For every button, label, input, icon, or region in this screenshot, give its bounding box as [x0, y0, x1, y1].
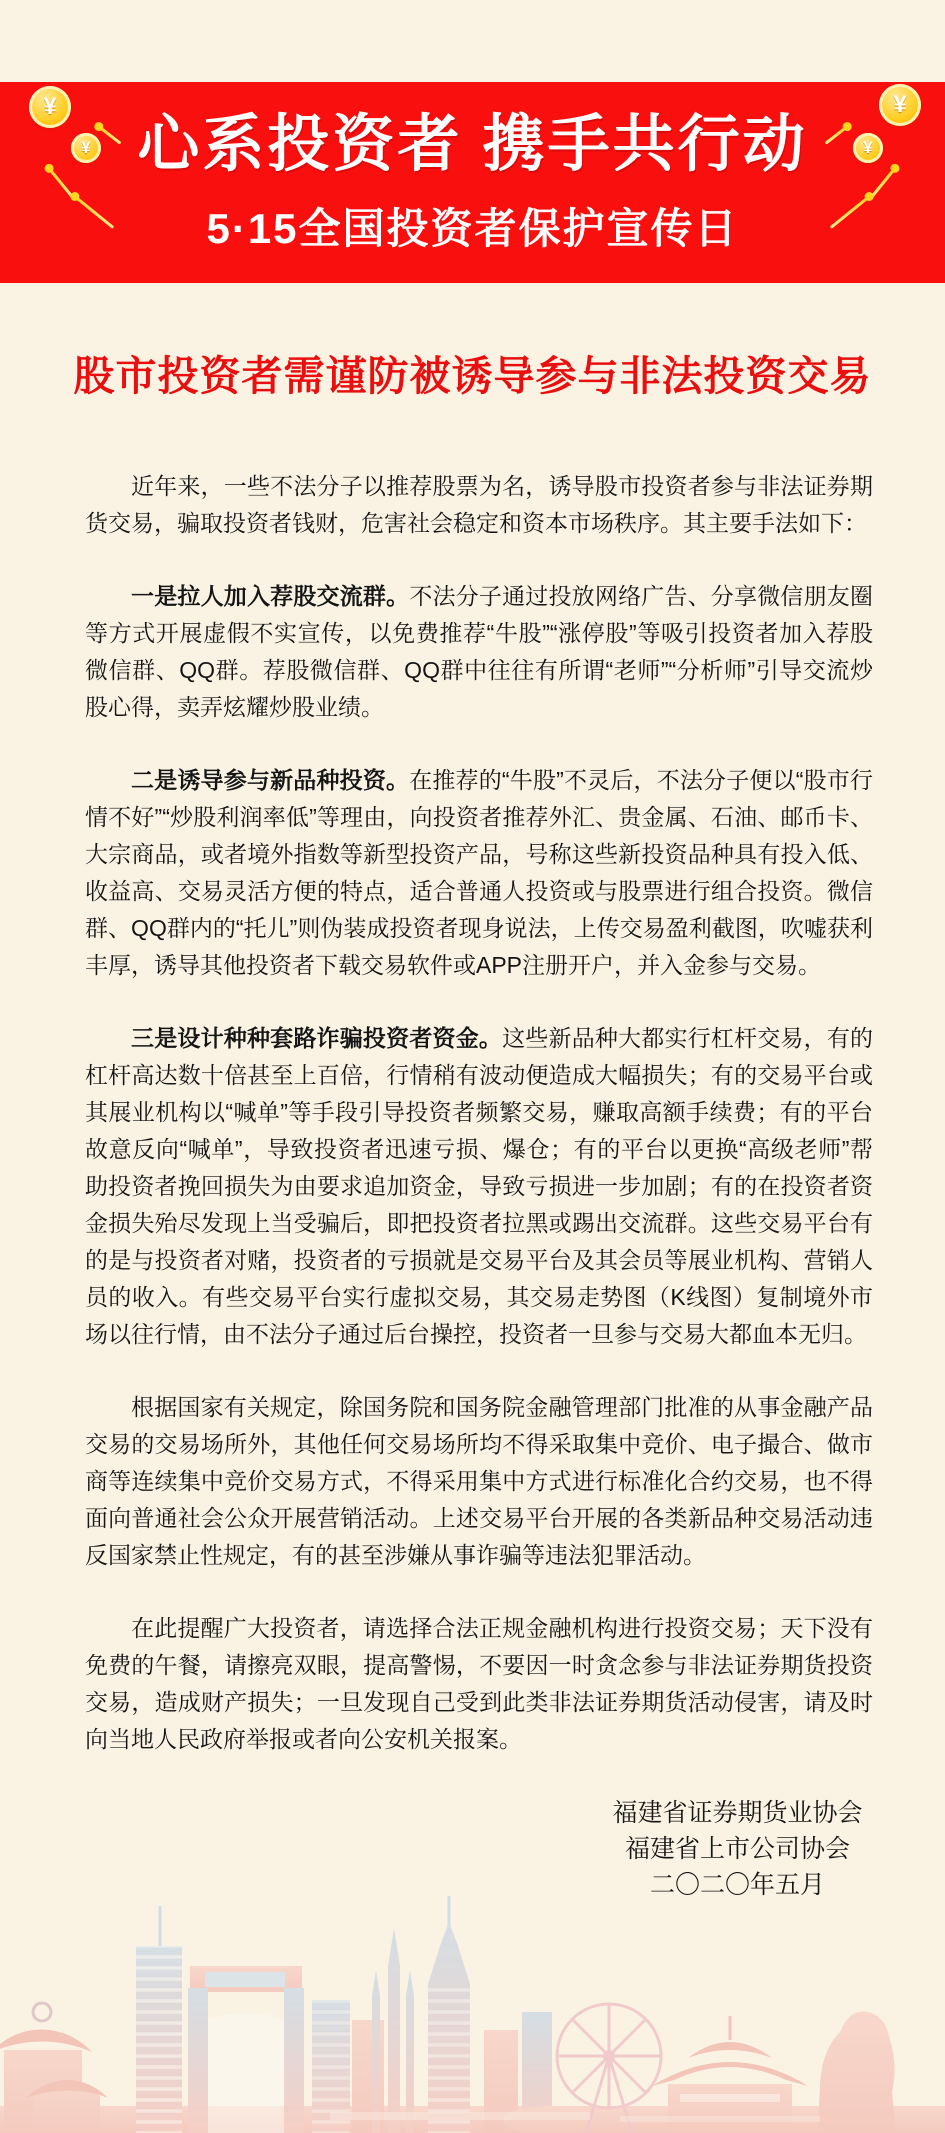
signature-block: 福建省证券期货业协会 福建省上市公司协会 二〇二〇年五月 — [565, 1795, 910, 1903]
body-paragraph: 一是拉人加入荐股交流群。不法分子通过投放网络广告、分享微信朋友圈等方式开展虚假不… — [85, 578, 873, 726]
signature-line-date: 二〇二〇年五月 — [565, 1867, 910, 1903]
paragraph-lead: 一是拉人加入荐股交流群。 — [131, 583, 409, 609]
banner: ¥ ¥ ¥ ¥ 心系投资者 携手共行动 5·15全国投资者保护宣传日 — [0, 82, 945, 283]
signature-line-association-1: 福建省证券期货业协会 — [565, 1795, 910, 1831]
paragraph-lead: 二是诱导参与新品种投资。 — [131, 767, 409, 793]
city-skyline-watermark — [0, 1888, 945, 2133]
signature-line-association-2: 福建省上市公司协会 — [565, 1831, 910, 1867]
paragraph-lead: 三是设计种种套路诈骗投资者资金。 — [131, 1025, 502, 1051]
body-paragraph: 二是诱导参与新品种投资。在推荐的“牛股”不灵后，不法分子便以“股市行情不好”“炒… — [85, 762, 873, 984]
body-paragraph: 根据国家有关规定，除国务院和国务院金融管理部门批准的从事金融产品交易的交易场所外… — [85, 1389, 873, 1574]
article-title: 股市投资者需谨防被诱导参与非法投资交易 — [0, 352, 945, 401]
banner-title: 心系投资者 携手共行动 — [0, 114, 945, 176]
body-paragraph: 三是设计种种套路诈骗投资者资金。这些新品种大都实行杠杆交易，有的杠杆高达数十倍甚… — [85, 1020, 873, 1353]
article-body: 近年来，一些不法分子以推荐股票为名，诱导股市投资者参与非法证券期货交易，骗取投资… — [85, 468, 873, 1794]
body-paragraph: 在此提醒广大投资者，请选择合法正规金融机构进行投资交易；天下没有免费的午餐，请擦… — [85, 1610, 873, 1758]
poster-page: ¥ ¥ ¥ ¥ 心系投资者 携手共行动 5·15全国投资者保护宣传日 股市投资者… — [0, 0, 945, 2133]
body-paragraph: 近年来，一些不法分子以推荐股票为名，诱导股市投资者参与非法证券期货交易，骗取投资… — [85, 468, 873, 542]
banner-subtitle: 5·15全国投资者保护宣传日 — [0, 208, 945, 250]
